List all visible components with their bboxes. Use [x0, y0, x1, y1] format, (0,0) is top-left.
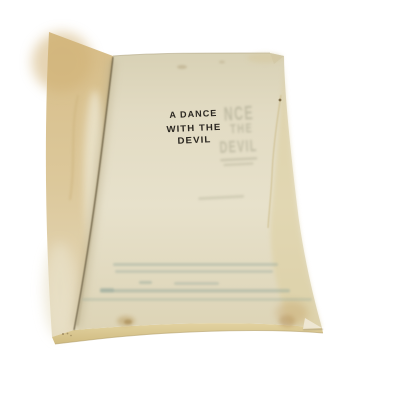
book-illustration: NCE THE DEVIL A DANCE WITH THE DEVIL — [0, 0, 416, 416]
page-title-line-3: DEVIL — [177, 134, 211, 145]
ghost-footer-line-3 — [100, 289, 290, 293]
foxing-speck — [279, 99, 282, 102]
corner-curl-shadow — [303, 329, 323, 330]
ghost-title-line-3: DEVIL — [219, 136, 258, 157]
ghost-footer-line-1 — [113, 263, 278, 266]
ghost-footer-line-3-start — [100, 288, 114, 293]
top-smudge-1 — [177, 65, 187, 69]
ghost-title-line-2: THE — [230, 120, 254, 136]
page-title-line-1: A DANCE — [169, 108, 217, 120]
bottom-stain-spot-core — [124, 320, 132, 325]
book-photo: NCE THE DEVIL A DANCE WITH THE DEVIL — [0, 0, 416, 416]
ghost-footer-line-4 — [82, 298, 312, 301]
edge-speck-1 — [62, 333, 64, 335]
ghost-footer-mark-2 — [174, 282, 219, 285]
ghost-footer-line-2 — [115, 270, 273, 273]
edge-speck-3 — [70, 335, 72, 337]
ghost-footer-mark-1 — [139, 281, 152, 284]
top-right-yellowing — [247, 53, 283, 63]
edge-speck-2 — [67, 333, 69, 335]
bottom-right-stain-core — [279, 315, 295, 327]
left-page-top-stain — [32, 32, 92, 92]
left-page-light-patch — [44, 242, 76, 338]
top-smudge-2 — [219, 61, 225, 64]
